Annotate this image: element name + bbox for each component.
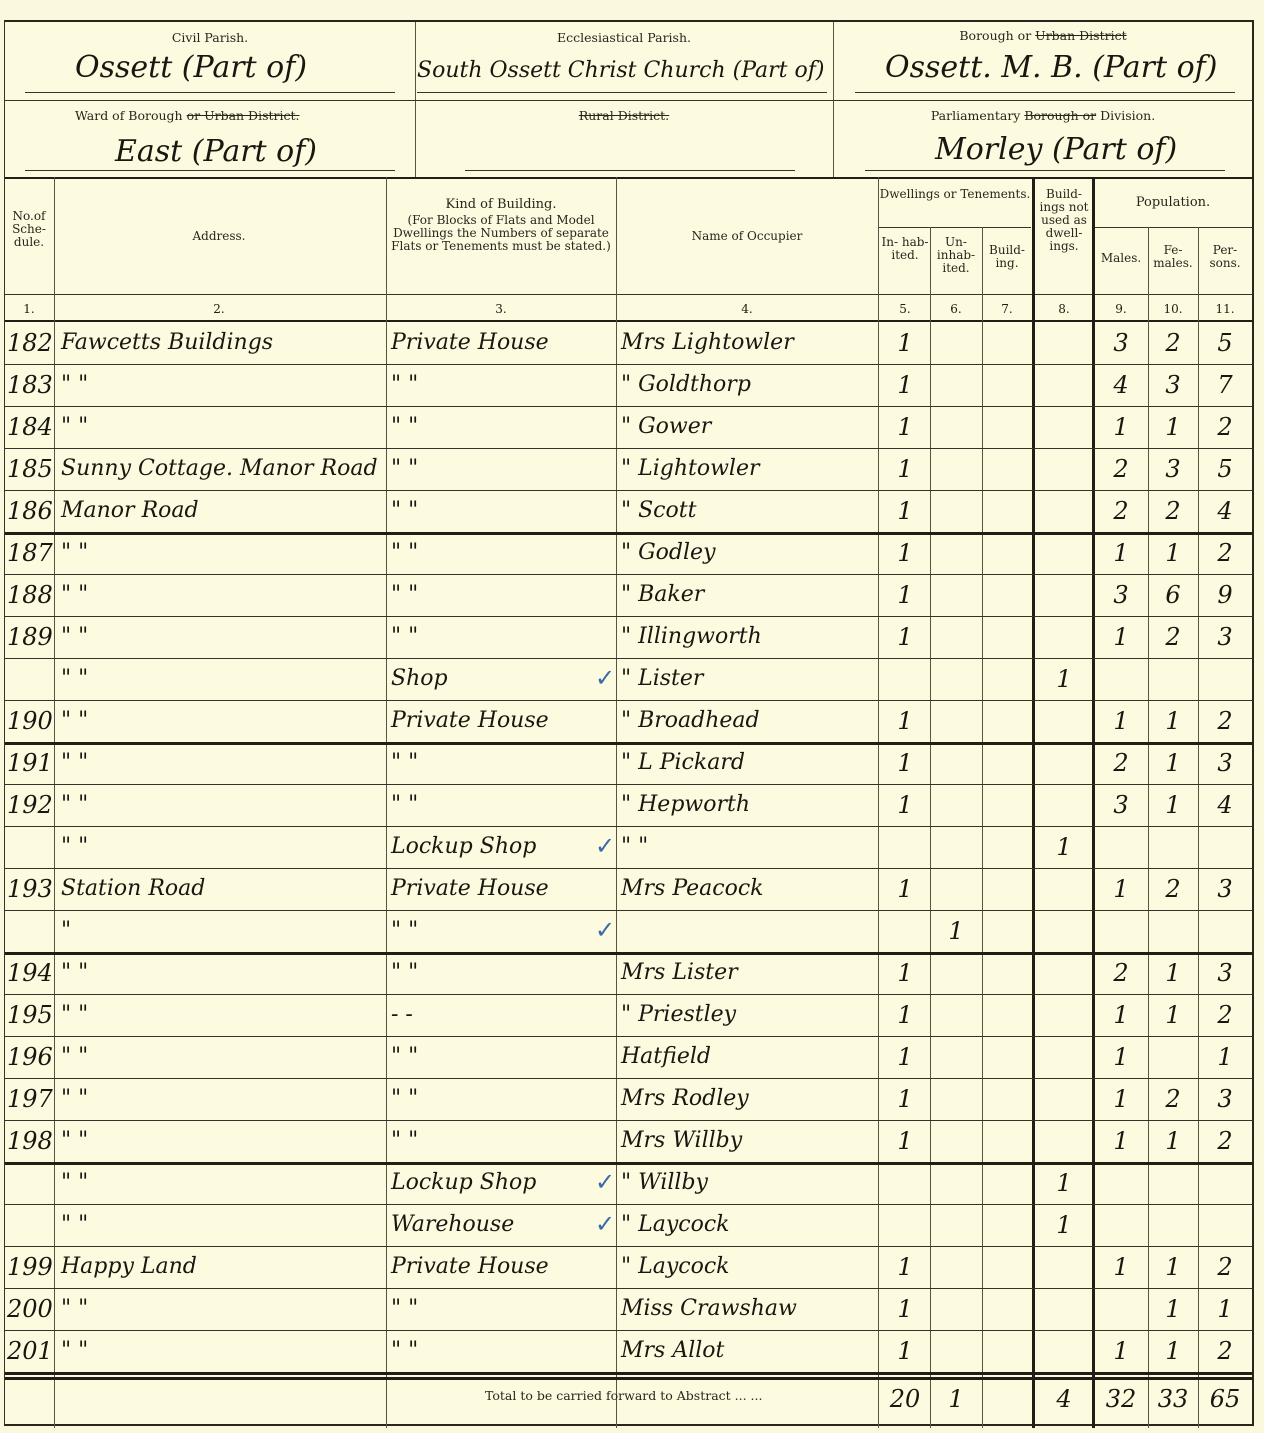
females-cell: 1 xyxy=(1149,786,1197,824)
not-dwelling-cell: 1 xyxy=(1035,1164,1093,1202)
rural-district-label: Rural District. xyxy=(415,108,833,123)
females-cell: 1 xyxy=(1149,1332,1197,1370)
total-females: 33 xyxy=(1149,1380,1197,1418)
schedule-number: 189 xyxy=(7,618,53,656)
header-divider xyxy=(5,177,1253,179)
schedule-number: 184 xyxy=(7,408,53,446)
males-cell: 1 xyxy=(1095,1080,1147,1118)
kind-of-building-cell: " " xyxy=(391,1290,591,1328)
males-cell: 3 xyxy=(1095,786,1147,824)
population-group-header: Population. xyxy=(1095,196,1251,209)
occupier-cell: " Baker xyxy=(621,576,877,614)
females-cell: 1 xyxy=(1149,1248,1197,1286)
census-enumeration-page: Civil Parish. Ossett (Part of) Ecclesias… xyxy=(4,20,1254,1426)
underline xyxy=(865,170,1225,171)
col-persons-header: Per- sons. xyxy=(1199,244,1251,270)
inhabited-cell: 1 xyxy=(881,324,929,362)
header-divider xyxy=(5,320,1253,322)
col-number: 9. xyxy=(1095,302,1147,316)
persons-cell: 5 xyxy=(1199,450,1251,488)
inhabited-cell: 1 xyxy=(881,786,929,824)
ward-value: East (Part of) xyxy=(115,134,317,169)
kind-of-building-cell: " " xyxy=(391,1122,591,1160)
underline xyxy=(25,170,395,171)
schedule-number: 183 xyxy=(7,366,53,404)
occupier-cell: " Willby xyxy=(621,1164,877,1202)
females-cell: 3 xyxy=(1149,366,1197,404)
address-cell: " " xyxy=(61,1206,381,1244)
females-cell: 2 xyxy=(1149,324,1197,362)
row-divider xyxy=(5,364,1253,365)
females-cell: 1 xyxy=(1149,534,1197,572)
schedule-number: 193 xyxy=(7,870,53,908)
total-uninhabited: 1 xyxy=(931,1380,981,1418)
borough-label-struck: Urban District xyxy=(1035,28,1126,43)
females-cell: 1 xyxy=(1149,1122,1197,1160)
occupier-cell: Hatfield xyxy=(621,1038,877,1076)
schedule-number: 195 xyxy=(7,996,53,1034)
row-divider xyxy=(5,1288,1253,1289)
subheader-divider xyxy=(1095,227,1253,228)
underline xyxy=(855,92,1235,93)
row-divider xyxy=(5,868,1253,869)
females-cell: 6 xyxy=(1149,576,1197,614)
occupier-cell: Mrs Lightowler xyxy=(621,324,877,362)
persons-cell: 2 xyxy=(1199,996,1251,1034)
persons-cell: 3 xyxy=(1199,954,1251,992)
row-divider xyxy=(5,1372,1253,1375)
row-divider xyxy=(5,490,1253,491)
kind-of-building-cell: " " xyxy=(391,534,591,572)
parliamentary-label-text: Parliamentary xyxy=(931,108,1021,123)
kind-of-building-cell: Shop xyxy=(391,660,591,698)
schedule-number: 182 xyxy=(7,324,53,362)
occupier-cell: " Laycock xyxy=(621,1206,877,1244)
col-females-header: Fe- males. xyxy=(1149,244,1197,270)
borough-value: Ossett. M. B. (Part of) xyxy=(885,50,1217,85)
schedule-number: 197 xyxy=(7,1080,53,1118)
persons-cell: 7 xyxy=(1199,366,1251,404)
kind-of-building-cell: - - xyxy=(391,996,591,1034)
address-cell: " " xyxy=(61,786,381,824)
inhabited-cell: 1 xyxy=(881,492,929,530)
occupier-cell: Mrs Willby xyxy=(621,1122,877,1160)
males-cell: 2 xyxy=(1095,450,1147,488)
occupier-cell: " L Pickard xyxy=(621,744,877,782)
row-divider xyxy=(5,1036,1253,1037)
occupier-cell: Mrs Peacock xyxy=(621,870,877,908)
col-number: 4. xyxy=(617,302,877,316)
address-cell: " " xyxy=(61,828,381,866)
blue-pencil-tick-icon: ✓ xyxy=(595,1168,615,1196)
row-divider xyxy=(5,406,1253,407)
persons-cell: 2 xyxy=(1199,1248,1251,1286)
females-cell: 1 xyxy=(1149,744,1197,782)
header-divider xyxy=(5,294,1253,295)
ecclesiastical-parish-label: Ecclesiastical Parish. xyxy=(415,30,833,45)
occupier-cell: " Hepworth xyxy=(621,786,877,824)
occupier-cell: " Lightowler xyxy=(621,450,877,488)
occupier-cell: Mrs Lister xyxy=(621,954,877,992)
borough-label-text: Borough or xyxy=(959,28,1031,43)
persons-cell: 2 xyxy=(1199,1122,1251,1160)
inhabited-cell: 1 xyxy=(881,576,929,614)
civil-parish-value: Ossett (Part of) xyxy=(75,50,307,85)
address-cell: " " xyxy=(61,1122,381,1160)
address-cell: " " xyxy=(61,618,381,656)
blue-pencil-tick-icon: ✓ xyxy=(595,832,615,860)
persons-cell: 3 xyxy=(1199,1080,1251,1118)
schedule-number: 196 xyxy=(7,1038,53,1076)
persons-cell: 2 xyxy=(1199,702,1251,740)
column-rule xyxy=(982,227,983,1428)
address-cell: " " xyxy=(61,996,381,1034)
inhabited-cell: 1 xyxy=(881,450,929,488)
kind-of-building-cell: " " xyxy=(391,744,591,782)
address-cell: " xyxy=(61,912,381,950)
schedule-number: 194 xyxy=(7,954,53,992)
col-number: 5. xyxy=(881,302,929,316)
persons-cell: 2 xyxy=(1199,408,1251,446)
row-divider xyxy=(5,1204,1253,1205)
underline xyxy=(465,170,795,171)
row-divider xyxy=(5,826,1253,827)
males-cell: 1 xyxy=(1095,1122,1147,1160)
col-number: 8. xyxy=(1035,302,1093,316)
not-dwelling-cell: 1 xyxy=(1035,828,1093,866)
total-persons: 65 xyxy=(1199,1380,1251,1418)
col-number: 11. xyxy=(1199,302,1251,316)
address-cell: " " xyxy=(61,954,381,992)
ecclesiastical-parish-value: South Ossett Christ Church (Part of) xyxy=(417,58,824,83)
kind-of-building-cell: Private House xyxy=(391,870,591,908)
occupier-cell: Mrs Rodley xyxy=(621,1080,877,1118)
parliamentary-label-text2: Division. xyxy=(1100,108,1155,123)
col-number: 7. xyxy=(983,302,1031,316)
inhabited-cell: 1 xyxy=(881,996,929,1034)
persons-cell: 9 xyxy=(1199,576,1251,614)
not-dwelling-cell: 1 xyxy=(1035,660,1093,698)
kind-of-building-cell: " " xyxy=(391,450,591,488)
occupier-cell: " Illingworth xyxy=(621,618,877,656)
address-cell: Sunny Cottage. Manor Road xyxy=(61,450,381,488)
inhabited-cell: 1 xyxy=(881,702,929,740)
females-cell: 3 xyxy=(1149,450,1197,488)
schedule-number: 187 xyxy=(7,534,53,572)
schedule-number: 185 xyxy=(7,450,53,488)
persons-cell: 1 xyxy=(1199,1290,1251,1328)
blue-pencil-tick-icon: ✓ xyxy=(595,664,615,692)
address-cell: " " xyxy=(61,744,381,782)
females-cell: 2 xyxy=(1149,618,1197,656)
row-divider xyxy=(5,1078,1253,1079)
females-cell: 1 xyxy=(1149,954,1197,992)
row-divider xyxy=(5,784,1253,785)
total-males: 32 xyxy=(1095,1380,1147,1418)
occupier-cell: " Goldthorp xyxy=(621,366,877,404)
occupier-cell: " " xyxy=(621,828,877,866)
occupier-cell: " Broadhead xyxy=(621,702,877,740)
schedule-number: 200 xyxy=(7,1290,53,1328)
col-schedule-header: No.of Sche- dule. xyxy=(5,210,53,249)
address-cell: Station Road xyxy=(61,870,381,908)
kind-of-building-cell: Lockup Shop xyxy=(391,1164,591,1202)
parliamentary-value: Morley (Part of) xyxy=(935,132,1177,167)
schedule-number: 188 xyxy=(7,576,53,614)
blue-pencil-tick-icon: ✓ xyxy=(595,1210,615,1238)
row-divider xyxy=(5,574,1253,575)
persons-cell: 3 xyxy=(1199,618,1251,656)
kind-of-building-cell: Private House xyxy=(391,324,591,362)
inhabited-cell: 1 xyxy=(881,1332,929,1370)
occupier-cell: " Godley xyxy=(621,534,877,572)
inhabited-cell: 1 xyxy=(881,954,929,992)
underline xyxy=(417,92,827,93)
address-cell: " " xyxy=(61,576,381,614)
kind-of-building-cell: " " xyxy=(391,786,591,824)
col-number: 6. xyxy=(931,302,981,316)
civil-parish-label: Civil Parish. xyxy=(5,30,415,45)
uninhabited-cell: 1 xyxy=(931,912,981,950)
address-cell: " " xyxy=(61,660,381,698)
kind-of-building-cell: " " xyxy=(391,1080,591,1118)
males-cell: 1 xyxy=(1095,1038,1147,1076)
address-cell: " " xyxy=(61,366,381,404)
females-cell: 1 xyxy=(1149,996,1197,1034)
occupier-cell: " Laycock xyxy=(621,1248,877,1286)
inhabited-cell: 1 xyxy=(881,366,929,404)
col-not-dwellings-header: Build- ings not used as dwell- ings. xyxy=(1035,188,1093,253)
parliamentary-label-struck: Borough or xyxy=(1024,108,1096,123)
col-building-header: Build- ing. xyxy=(983,244,1031,270)
underline xyxy=(25,92,395,93)
address-cell: " " xyxy=(61,1038,381,1076)
males-cell: 1 xyxy=(1095,1332,1147,1370)
females-cell: 2 xyxy=(1149,492,1197,530)
inhabited-cell: 1 xyxy=(881,1038,929,1076)
kind-of-building-cell: " " xyxy=(391,576,591,614)
col-uninhabited-header: Un- inhab- ited. xyxy=(931,236,981,275)
column-rule xyxy=(930,227,931,1428)
col-inhabited-header: In- hab- ited. xyxy=(881,236,929,262)
kind-of-building-cell: " " xyxy=(391,912,591,950)
occupier-cell: " Scott xyxy=(621,492,877,530)
inhabited-cell: 1 xyxy=(881,870,929,908)
inhabited-cell: 1 xyxy=(881,1122,929,1160)
males-cell: 2 xyxy=(1095,744,1147,782)
schedule-number: 186 xyxy=(7,492,53,530)
schedule-number: 191 xyxy=(7,744,53,782)
persons-cell: 3 xyxy=(1199,744,1251,782)
col-males-header: Males. xyxy=(1095,252,1147,265)
kind-of-building-cell: " " xyxy=(391,1038,591,1076)
row-divider xyxy=(5,1120,1253,1121)
address-cell: " " xyxy=(61,1080,381,1118)
kind-of-building-cell: " " xyxy=(391,1332,591,1370)
males-cell: 4 xyxy=(1095,366,1147,404)
occupier-cell: Mrs Allot xyxy=(621,1332,877,1370)
col-occupier-header: Name of Occupier xyxy=(617,230,877,243)
borough-label: Borough or Urban District xyxy=(833,28,1253,43)
occupier-cell: " Gower xyxy=(621,408,877,446)
total-not-dwellings: 4 xyxy=(1035,1380,1093,1418)
row-divider xyxy=(5,448,1253,449)
males-cell: 3 xyxy=(1095,324,1147,362)
address-cell: " " xyxy=(61,1290,381,1328)
col-kind-title: Kind of Building. xyxy=(387,198,615,211)
row-divider xyxy=(5,700,1253,701)
schedule-number: 201 xyxy=(7,1332,53,1370)
females-cell: 2 xyxy=(1149,1080,1197,1118)
kind-of-building-cell: " " xyxy=(391,492,591,530)
persons-cell: 1 xyxy=(1199,1038,1251,1076)
schedule-number: 192 xyxy=(7,786,53,824)
persons-cell: 5 xyxy=(1199,324,1251,362)
address-cell: Manor Road xyxy=(61,492,381,530)
inhabited-cell: 1 xyxy=(881,1248,929,1286)
col-number: 3. xyxy=(387,302,615,316)
males-cell: 1 xyxy=(1095,408,1147,446)
parliamentary-label: Parliamentary Borough or Division. xyxy=(833,108,1253,123)
subheader-divider xyxy=(879,227,1031,228)
males-cell: 1 xyxy=(1095,1248,1147,1286)
address-cell: " " xyxy=(61,1332,381,1370)
col-number: 2. xyxy=(55,302,383,316)
header-divider xyxy=(5,100,1253,101)
males-cell: 1 xyxy=(1095,702,1147,740)
schedule-number: 190 xyxy=(7,702,53,740)
not-dwelling-cell: 1 xyxy=(1035,1206,1093,1244)
ward-label-struck: or Urban District. xyxy=(187,108,300,123)
row-divider xyxy=(5,1330,1253,1331)
address-cell: Fawcetts Buildings xyxy=(61,324,381,362)
row-divider xyxy=(5,616,1253,617)
females-cell: 1 xyxy=(1149,408,1197,446)
females-cell: 1 xyxy=(1149,702,1197,740)
col-number: 1. xyxy=(5,302,53,316)
inhabited-cell: 1 xyxy=(881,744,929,782)
occupier-cell: " Priestley xyxy=(621,996,877,1034)
kind-of-building-cell: Private House xyxy=(391,1248,591,1286)
persons-cell: 2 xyxy=(1199,1332,1251,1370)
inhabited-cell: 1 xyxy=(881,408,929,446)
address-cell: " " xyxy=(61,408,381,446)
males-cell: 3 xyxy=(1095,576,1147,614)
col-number: 10. xyxy=(1149,302,1197,316)
males-cell: 1 xyxy=(1095,618,1147,656)
inhabited-cell: 1 xyxy=(881,618,929,656)
persons-cell: 2 xyxy=(1199,534,1251,572)
persons-cell: 4 xyxy=(1199,786,1251,824)
inhabited-cell: 1 xyxy=(881,1080,929,1118)
col-address-header: Address. xyxy=(55,230,383,243)
row-divider xyxy=(5,1246,1253,1247)
persons-cell: 4 xyxy=(1199,492,1251,530)
schedule-number: 198 xyxy=(7,1122,53,1160)
inhabited-cell: 1 xyxy=(881,1290,929,1328)
males-cell: 1 xyxy=(1095,870,1147,908)
kind-of-building-cell: Warehouse xyxy=(391,1206,591,1244)
kind-of-building-cell: Lockup Shop xyxy=(391,828,591,866)
ward-label: Ward of Borough or Urban District. xyxy=(75,108,299,123)
address-cell: " " xyxy=(61,534,381,572)
schedule-number: 199 xyxy=(7,1248,53,1286)
totals-label: Total to be carried forward to Abstract … xyxy=(485,1388,762,1403)
kind-of-building-cell: Private House xyxy=(391,702,591,740)
row-divider xyxy=(5,994,1253,995)
males-cell: 2 xyxy=(1095,954,1147,992)
inhabited-cell: 1 xyxy=(881,534,929,572)
address-cell: Happy Land xyxy=(61,1248,381,1286)
blue-pencil-tick-icon: ✓ xyxy=(595,916,615,944)
females-cell: 1 xyxy=(1149,1290,1197,1328)
kind-of-building-cell: " " xyxy=(391,408,591,446)
col-kind-subtitle: (For Blocks of Flats and Model Dwellings… xyxy=(387,214,615,253)
occupier-cell: " Lister xyxy=(621,660,877,698)
persons-cell: 3 xyxy=(1199,870,1251,908)
row-divider xyxy=(5,658,1253,659)
males-cell: 2 xyxy=(1095,492,1147,530)
address-cell: " " xyxy=(61,702,381,740)
dwellings-group-header: Dwellings or Tenements. xyxy=(879,188,1031,201)
males-cell: 1 xyxy=(1095,534,1147,572)
total-inhabited: 20 xyxy=(881,1380,929,1418)
address-cell: " " xyxy=(61,1164,381,1202)
row-divider xyxy=(5,910,1253,911)
occupier-cell: Miss Crawshaw xyxy=(621,1290,877,1328)
kind-of-building-cell: " " xyxy=(391,954,591,992)
males-cell: 1 xyxy=(1095,996,1147,1034)
kind-of-building-cell: " " xyxy=(391,618,591,656)
kind-of-building-cell: " " xyxy=(391,366,591,404)
ward-label-text: Ward of Borough xyxy=(75,108,183,123)
females-cell: 2 xyxy=(1149,870,1197,908)
